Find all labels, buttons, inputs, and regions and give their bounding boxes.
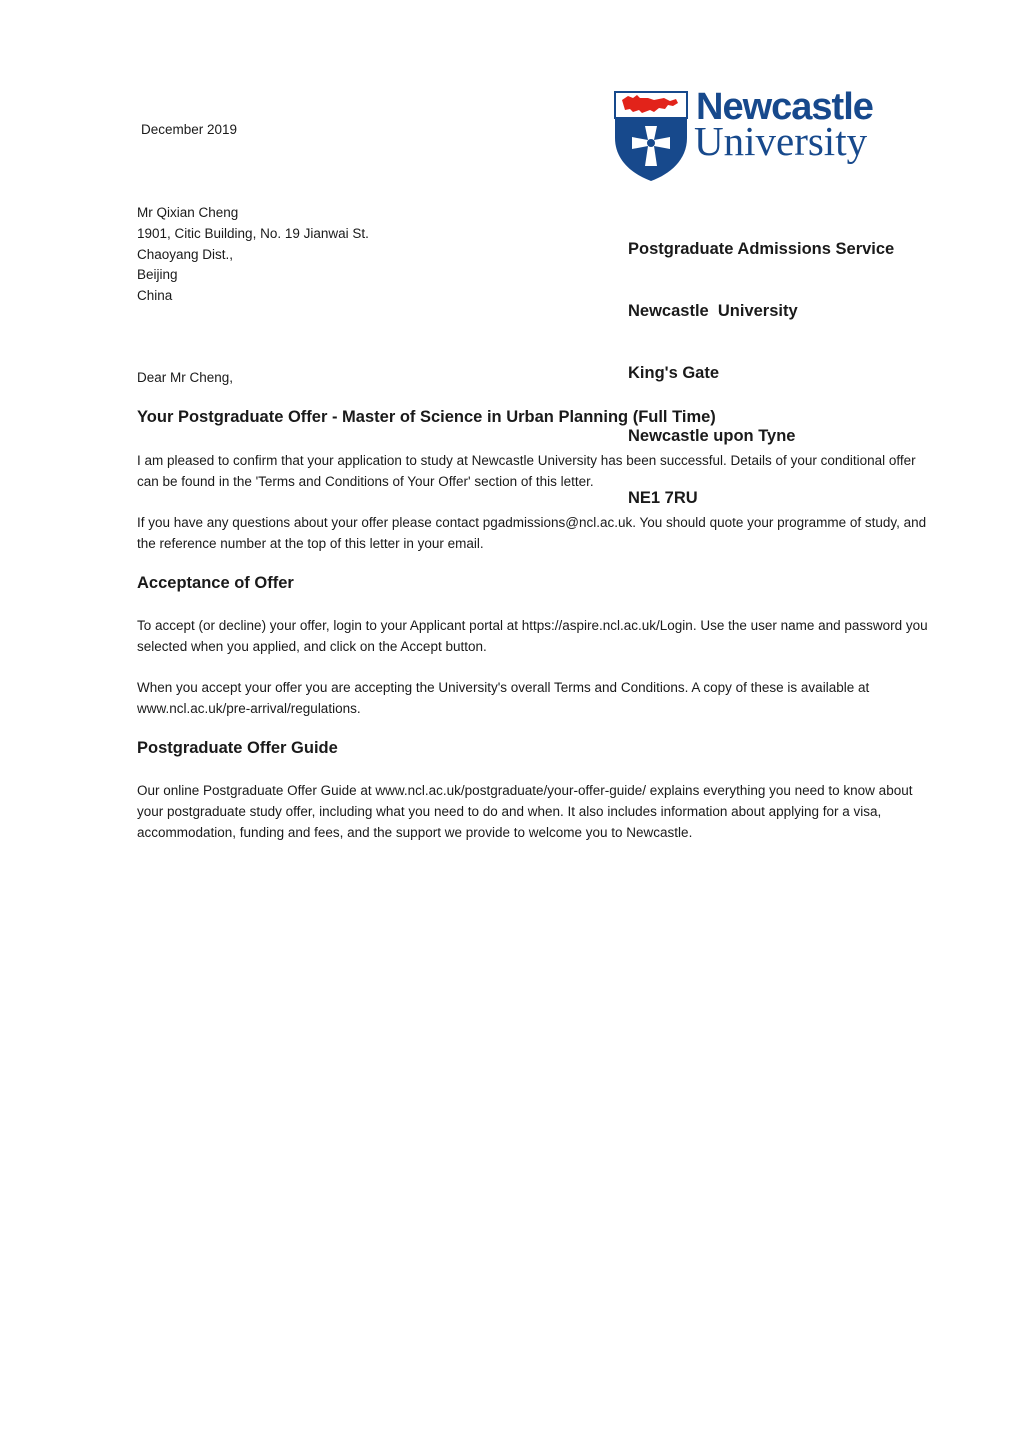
recipient-name: Mr Qixian Cheng [137,203,369,224]
acceptance-instructions-paragraph: To accept (or decline) your offer, login… [137,616,937,658]
acceptance-heading: Acceptance of Offer [137,574,294,593]
offer-guide-paragraph: Our online Postgraduate Offer Guide at w… [137,781,927,843]
contact-paragraph: If you have any questions about your off… [137,513,937,555]
offer-title: Your Postgraduate Offer - Master of Scie… [137,408,716,427]
university-logo: Newcastle University [612,88,887,184]
shield-crest-icon [612,88,692,182]
recipient-address-line: Beijing [137,265,369,286]
recipient-address-line: Chaoyang Dist., [137,245,369,266]
terms-paragraph: When you accept your offer you are accep… [137,678,937,720]
recipient-address: Mr Qixian Cheng 1901, Citic Building, No… [137,203,369,307]
recipient-address-line: 1901, Citic Building, No. 19 Jianwai St. [137,224,369,245]
letter-date: December 2019 [141,122,237,137]
salutation: Dear Mr Cheng, [137,368,937,389]
sender-address-line: Newcastle University [628,301,894,322]
sender-department: Postgraduate Admissions Service [628,239,894,260]
intro-paragraph: I am pleased to confirm that your applic… [137,451,937,493]
recipient-address-line: China [137,286,369,307]
sender-address-line: Newcastle upon Tyne [628,426,894,447]
offer-guide-heading: Postgraduate Offer Guide [137,739,338,758]
logo-wordmark-line2: University [694,119,867,163]
